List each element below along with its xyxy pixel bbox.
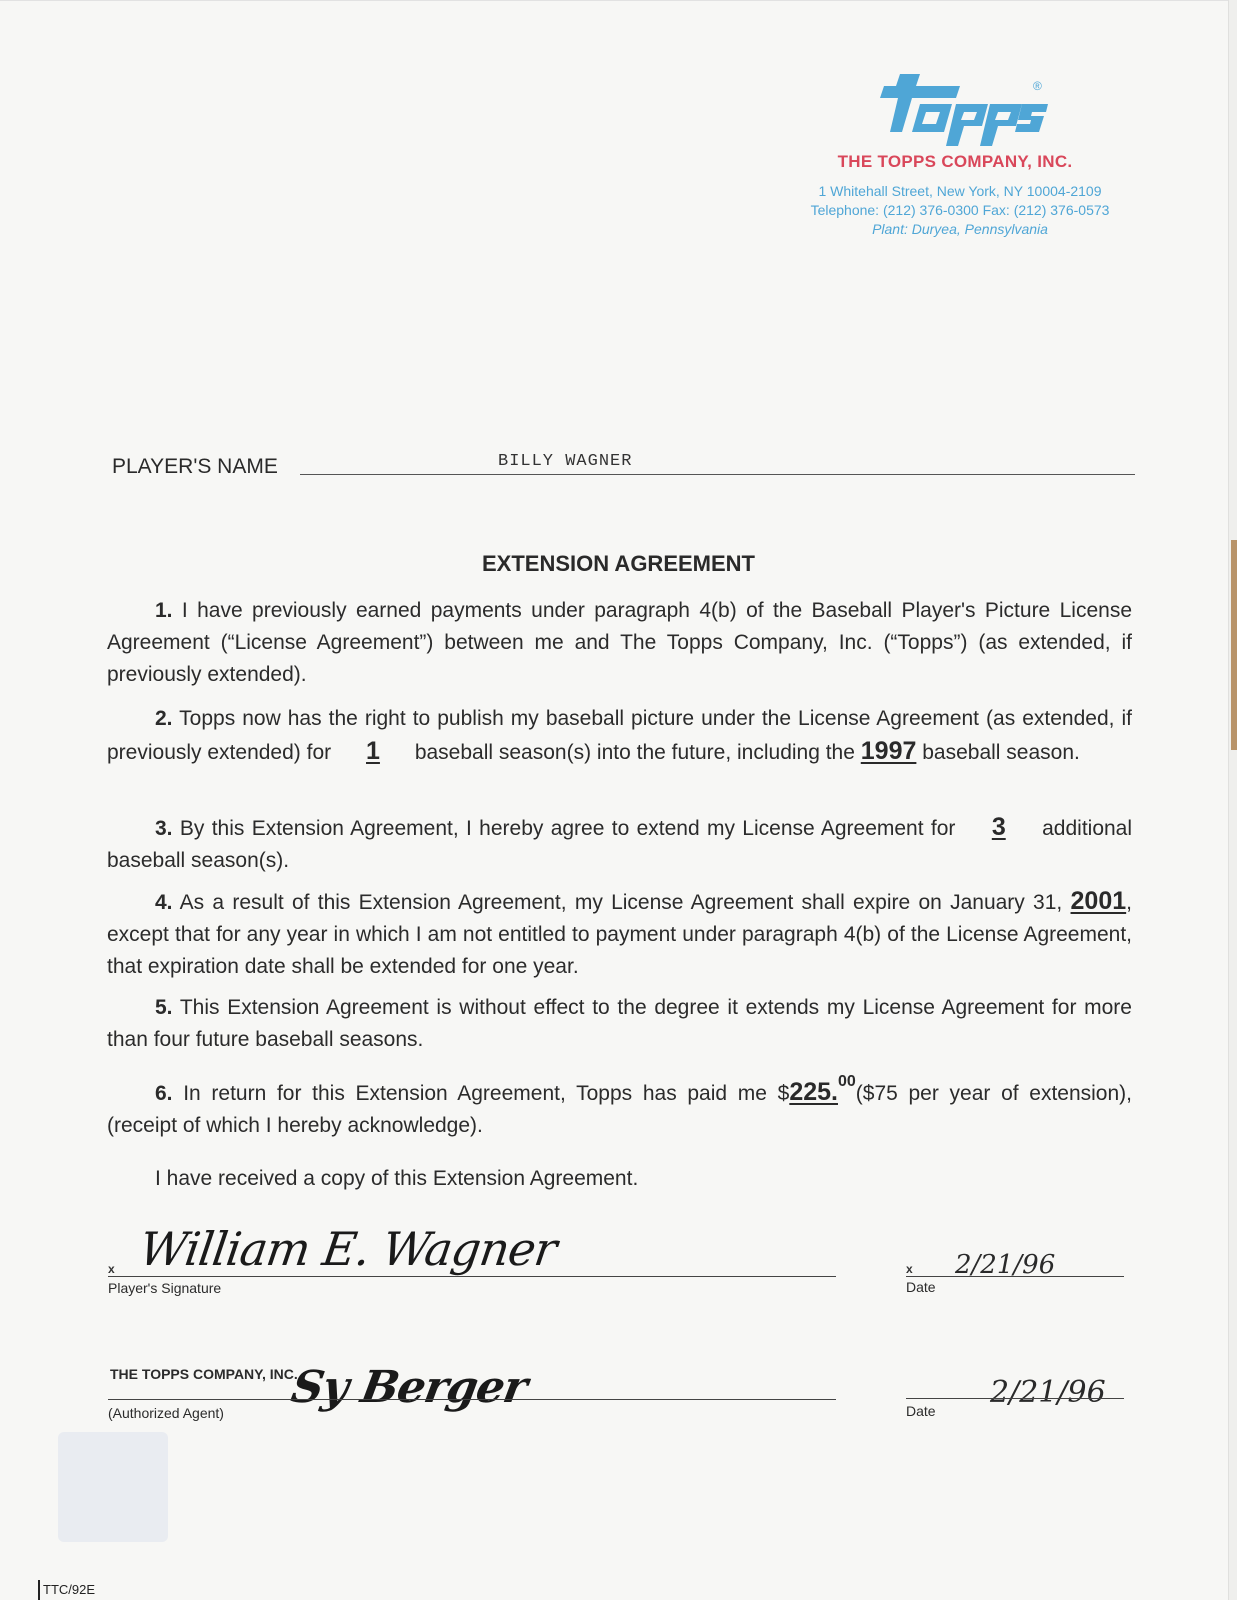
seasons-remaining-field: 1 xyxy=(337,735,409,767)
paragraph-text: I have received a copy of this Extension… xyxy=(155,1167,638,1190)
player-signature-x: x xyxy=(108,1262,115,1276)
player-signature: William E. Wagner xyxy=(136,1222,559,1276)
paragraph-text: By this Extension Agreement, I hereby ag… xyxy=(180,817,956,840)
company-phone-fax: Telephone: (212) 376-0300 Fax: (212) 376… xyxy=(760,202,1160,218)
paragraph-number: 2. xyxy=(155,707,173,730)
paragraph-text: I have previously earned payments under … xyxy=(107,599,1132,686)
company-address: 1 Whitehall Street, New York, NY 10004-2… xyxy=(760,183,1160,199)
player-date-label: Date xyxy=(906,1279,936,1295)
svg-text:®: ® xyxy=(1033,79,1042,93)
company-name-header: THE TOPPS COMPANY, INC. xyxy=(790,152,1120,172)
paragraph-text: This Extension Agreement is without effe… xyxy=(107,996,1132,1051)
topps-logo-icon: ® xyxy=(870,70,1050,150)
page-top-edge xyxy=(0,0,1237,1)
paragraph-text: baseball season(s) into the future, incl… xyxy=(415,741,855,764)
player-date-line xyxy=(906,1276,1124,1277)
player-signature-label: Player's Signature xyxy=(108,1280,221,1296)
paragraph-3: 3. By this Extension Agreement, I hereby… xyxy=(107,811,1132,877)
agent-date-value: 2/21/96 xyxy=(990,1375,1106,1410)
additional-seasons-field: 3 xyxy=(963,811,1035,843)
paragraph-2: 2. Topps now has the right to publish my… xyxy=(107,703,1132,769)
paragraph-6: 6. In return for this Extension Agreemen… xyxy=(107,1066,1132,1142)
agent-signature: Sy Berger xyxy=(288,1362,531,1413)
paragraph-text: In return for this Extension Agreement, … xyxy=(183,1082,789,1105)
season-year-field: 1997 xyxy=(861,737,917,765)
copy-received-statement: I have received a copy of this Extension… xyxy=(107,1163,1132,1195)
paragraph-number: 5. xyxy=(155,996,173,1019)
paragraph-5: 5. This Extension Agreement is without e… xyxy=(107,992,1132,1056)
paragraph-number: 6. xyxy=(155,1082,173,1105)
paragraph-1: 1. I have previously earned payments und… xyxy=(107,595,1132,691)
agent-date-line xyxy=(906,1398,1124,1399)
player-name-line xyxy=(300,474,1135,475)
paragraph-text: baseball season. xyxy=(922,741,1080,764)
player-name-label: PLAYER'S NAME xyxy=(112,455,278,479)
agent-date-label: Date xyxy=(906,1403,936,1419)
paragraph-number: 3. xyxy=(155,817,173,840)
payment-amount-field: 225. xyxy=(789,1078,838,1106)
agent-signature-line xyxy=(108,1399,836,1400)
page-right-edge xyxy=(1228,0,1237,1600)
player-name-value: BILLY WAGNER xyxy=(498,452,632,471)
paragraph-4: 4. As a result of this Extension Agreeme… xyxy=(107,885,1132,983)
payment-cents: 00 xyxy=(838,1073,856,1090)
agent-signature-label: (Authorized Agent) xyxy=(108,1405,224,1421)
document-title: EXTENSION AGREEMENT xyxy=(0,551,1237,577)
faded-stamp-mark xyxy=(58,1432,168,1542)
player-signature-line xyxy=(108,1276,836,1277)
company-plant: Plant: Duryea, Pennsylvania xyxy=(760,221,1160,237)
company-name-signature-block: THE TOPPS COMPANY, INC. xyxy=(110,1366,298,1382)
player-date-x: x xyxy=(906,1262,913,1276)
form-code: TTC/92E xyxy=(38,1580,95,1600)
paragraph-number: 4. xyxy=(155,891,173,914)
expiration-year-field: 2001 xyxy=(1071,887,1127,915)
paragraph-text: As a result of this Extension Agreement,… xyxy=(180,891,1063,914)
paragraph-number: 1. xyxy=(155,599,173,622)
